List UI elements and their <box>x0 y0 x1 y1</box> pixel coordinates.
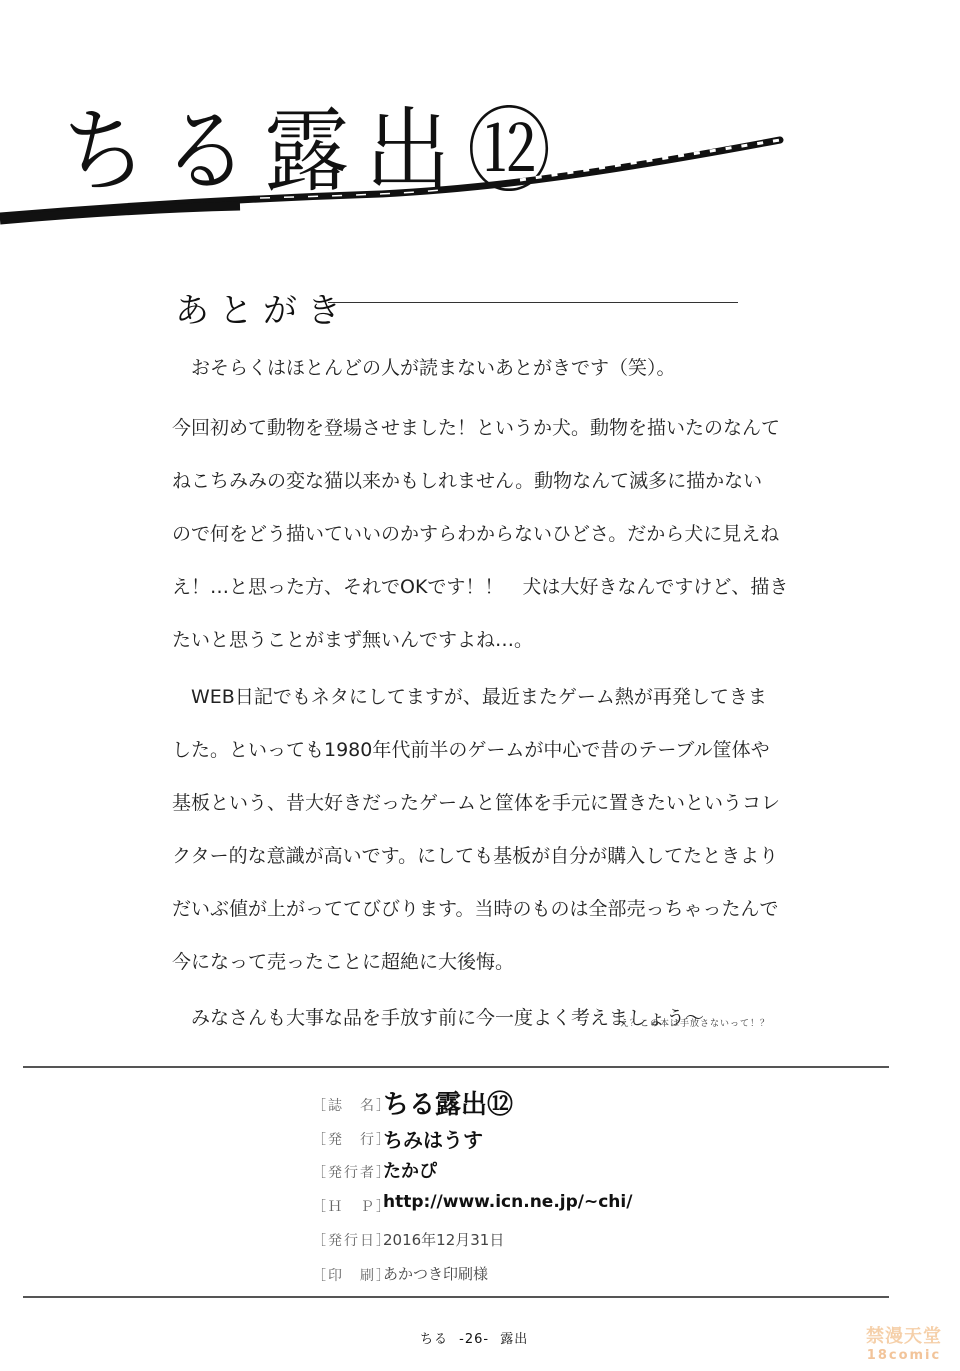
colophon-label-homepage: ［Ｈ Ｐ］ <box>312 1196 392 1216</box>
page-footer: ちる -26- 露出 <box>420 1328 528 1347</box>
afterword-line: クター的な意識が高いです。にしても基板が自分が購入してたときより <box>172 841 772 868</box>
afterword-heading: あとがき <box>175 283 351 332</box>
afterword-line: え！…と思った方、それでOKです！！ 犬は大好きなんですけど、描き <box>172 572 772 599</box>
afterword-line: WEB日記でもネタにしてますが、最近またゲーム熱が再発してきま <box>172 682 772 709</box>
afterword-line: 基板という、昔大好きだったゲームと筐体を手元に置きたいというコレ <box>172 788 772 815</box>
colophon-label-issuer: ［発行者］ <box>312 1162 392 1182</box>
afterword-line: たいと思うことがまず無いんですよね…。 <box>172 625 772 652</box>
colophon-label-publisher: ［発 行］ <box>312 1129 392 1149</box>
colophon-value-date: 2016年12月31日 <box>383 1229 504 1250</box>
brush-stroke-divider <box>0 128 800 238</box>
afterword-line: ので何をどう描いていいのかすらわからないひどさ。だから犬に見えね <box>172 519 772 546</box>
colophon-value-printer: あかつき印刷様 <box>383 1263 488 1284</box>
colophon-value-publisher: ちみはうす <box>383 1124 483 1153</box>
colophon-label-date: ［発行日］ <box>312 1230 392 1250</box>
afterword-line: ねこちみみの変な猫以来かもしれません。動物なんて滅多に描かない <box>172 466 772 493</box>
afterword-line: だいぶ値が上がっててびびります。当時のものは全部売っちゃったんで <box>172 894 772 921</box>
page-number: -26- <box>459 1332 489 1347</box>
colophon-top-rule <box>23 1066 889 1068</box>
colophon-bottom-rule <box>23 1296 889 1298</box>
watermark-bottom-text: 18comic <box>852 1348 956 1363</box>
colophon-label-title: ［誌 名］ <box>312 1095 392 1115</box>
afterword-line: 今回初めて動物を登場させました！というか犬。動物を描いたのなんて <box>172 413 772 440</box>
colophon-value-homepage[interactable]: http://www.icn.ne.jp/~chi/ <box>383 1192 632 1212</box>
afterword-line: おそらくはほとんどの人が読まないあとがきです（笑）。 <box>172 353 772 380</box>
watermark-logo: 禁漫天堂 18comic <box>852 1322 956 1363</box>
colophon-value-issuer: たかぴ <box>383 1157 437 1183</box>
afterword-line: 今になって売ったことに超絶に大後悔。 <box>172 947 772 974</box>
afterword-aside-note: え？この本は手放さないって！？ <box>620 1016 770 1029</box>
footer-left-text: ちる <box>420 1332 448 1347</box>
afterword-heading-rule <box>328 302 738 303</box>
footer-right-text: 露出 <box>500 1332 528 1347</box>
colophon-label-printer: ［印 刷］ <box>312 1265 392 1285</box>
colophon-value-title: ちる露出⑫ <box>383 1084 513 1121</box>
afterword-line: した。といっても1980年代前半のゲームが中心で昔のテーブル筐体や <box>172 735 772 762</box>
watermark-top-text: 禁漫天堂 <box>852 1322 956 1348</box>
